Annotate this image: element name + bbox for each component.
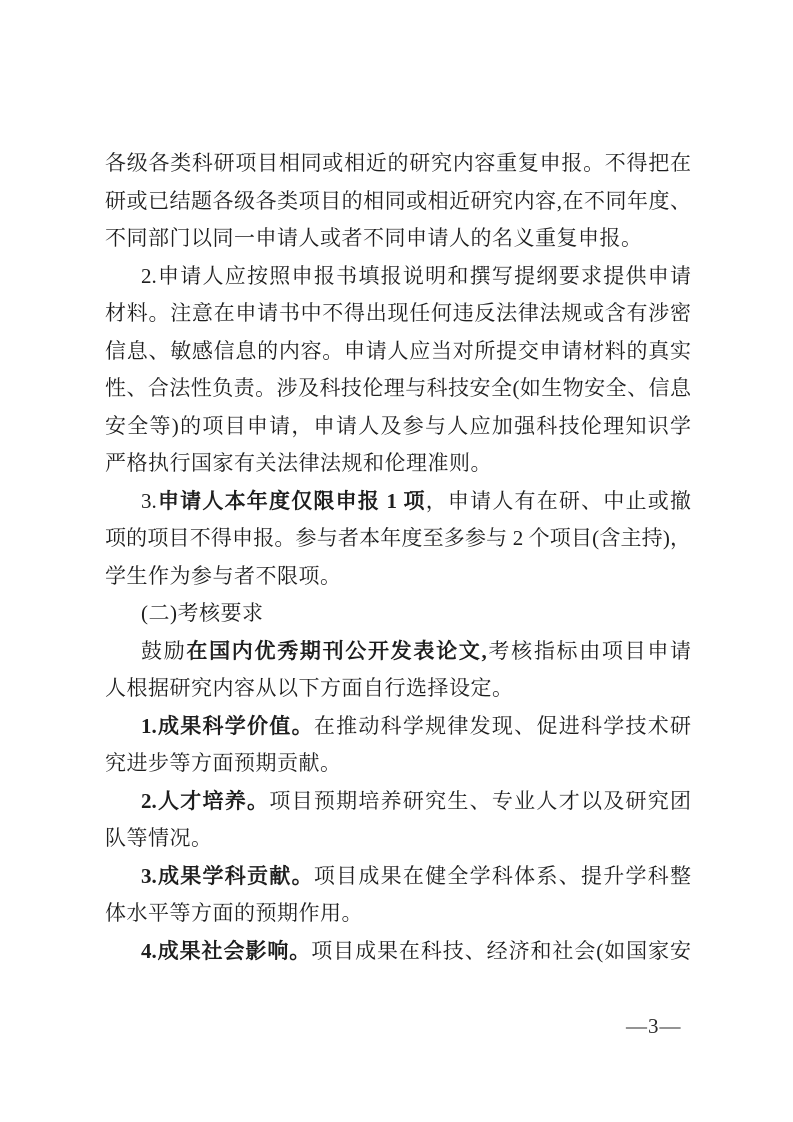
text-line: 队等情况。 <box>105 820 691 858</box>
text-line: 各级各类科研项目相同或相近的研究内容重复申报。不得把在 <box>105 145 691 183</box>
text-run: 队等情况。 <box>105 826 213 850</box>
text-line: 4.成果社会影响。项目成果在科技、经济和社会(如国家安 <box>105 933 691 971</box>
text-run: 项目成果在健全学科体系、提升学科整 <box>314 864 691 888</box>
text-line: 3.成果学科贡献。项目成果在健全学科体系、提升学科整 <box>105 858 691 896</box>
document-page: 各级各类科研项目相同或相近的研究内容重复申报。不得把在研或已结题各级各类项目的相… <box>0 0 793 1122</box>
text-run: 3. <box>141 489 157 513</box>
text-line: 性、合法性负责。涉及科技伦理与科技安全(如生物安全、信息 <box>105 370 691 408</box>
text-line: 材料。注意在申请书中不得出现任何违反法律法规或含有涉密 <box>105 295 691 333</box>
page-number: —3— <box>626 1014 682 1039</box>
bold-text-run: 1.成果科学价值。 <box>141 714 314 738</box>
text-line: 体水平等方面的预期作用。 <box>105 895 691 933</box>
text-line: 人根据研究内容从以下方面自行选择设定。 <box>105 670 691 708</box>
text-run: 人根据研究内容从以下方面自行选择设定。 <box>105 676 514 700</box>
text-run: 体水平等方面的预期作用。 <box>105 901 363 925</box>
bold-text-run: 3.成果学科贡献。 <box>141 864 314 888</box>
text-run: 学生作为参与者不限项。 <box>105 564 342 588</box>
text-run: 材料。注意在申请书中不得出现任何违反法律法规或含有涉密 <box>105 301 691 325</box>
text-run: 性、合法性负责。涉及科技伦理与科技安全(如生物安全、信息 <box>105 376 691 400</box>
text-run: 在推动科学规律发现、促进科学技术研 <box>314 714 691 738</box>
text-run: 究进步等方面预期贡献。 <box>105 751 342 775</box>
text-run: (二)考核要求 <box>141 601 264 625</box>
text-line: 项的项目不得申报。参与者本年度至多参与 2 个项目(含主持)， <box>105 520 691 558</box>
text-run: 考核指标由项目申请 <box>487 639 691 663</box>
text-line: 严格执行国家有关法律法规和伦理准则。 <box>105 445 691 483</box>
text-line: 2.申请人应按照申报书填报说明和撰写提纲要求提供申请 <box>105 258 691 296</box>
text-line: 安全等)的项目申请，申请人及参与人应加强科技伦理知识学习， <box>105 408 691 446</box>
text-run: 鼓励 <box>141 639 186 663</box>
text-run: 2.申请人应按照申报书填报说明和撰写提纲要求提供申请 <box>141 264 691 288</box>
bold-text-run: 4.成果社会影响。 <box>141 939 311 963</box>
bold-text-run: 在国内优秀期刊公开发表论文, <box>186 639 486 663</box>
text-line: 信息、敏感信息的内容。申请人应当对所提交申请材料的真实 <box>105 333 691 371</box>
text-run: 各级各类科研项目相同或相近的研究内容重复申报。不得把在 <box>105 151 691 175</box>
text-run: ，申请人有在研、中止或撤 <box>426 489 691 513</box>
text-run: 信息、敏感信息的内容。申请人应当对所提交申请材料的真实 <box>105 339 691 363</box>
text-run: 安全等)的项目申请，申请人及参与人应加强科技伦理知识学习， <box>105 414 691 446</box>
text-run: 项目预期培养研究生、专业人才以及研究团 <box>269 789 691 813</box>
text-line: 究进步等方面预期贡献。 <box>105 745 691 783</box>
text-line: 研或已结题各级各类项目的相同或相近研究内容,在不同年度、 <box>105 183 691 221</box>
text-run: 不同部门以同一申请人或者不同申请人的名义重复申报。 <box>105 226 643 250</box>
text-line: 1.成果科学价值。在推动科学规律发现、促进科学技术研 <box>105 708 691 746</box>
text-line: (二)考核要求 <box>105 595 691 633</box>
text-line: 不同部门以同一申请人或者不同申请人的名义重复申报。 <box>105 220 691 258</box>
text-run: 严格执行国家有关法律法规和伦理准则。 <box>105 451 492 475</box>
text-line: 3.申请人本年度仅限申报 1 项，申请人有在研、中止或撤 <box>105 483 691 521</box>
document-body: 各级各类科研项目相同或相近的研究内容重复申报。不得把在研或已结题各级各类项目的相… <box>105 145 691 970</box>
text-line: 2.人才培养。项目预期培养研究生、专业人才以及研究团 <box>105 783 691 821</box>
text-run: 研或已结题各级各类项目的相同或相近研究内容,在不同年度、 <box>105 189 691 213</box>
text-run: 项的项目不得申报。参与者本年度至多参与 2 个项目(含主持)， <box>105 526 691 550</box>
text-run: 项目成果在科技、经济和社会(如国家安 <box>311 939 691 963</box>
text-line: 鼓励在国内优秀期刊公开发表论文,考核指标由项目申请 <box>105 633 691 671</box>
bold-text-run: 2.人才培养。 <box>141 789 269 813</box>
text-line: 学生作为参与者不限项。 <box>105 558 691 596</box>
bold-text-run: 申请人本年度仅限申报 1 项 <box>157 489 426 513</box>
